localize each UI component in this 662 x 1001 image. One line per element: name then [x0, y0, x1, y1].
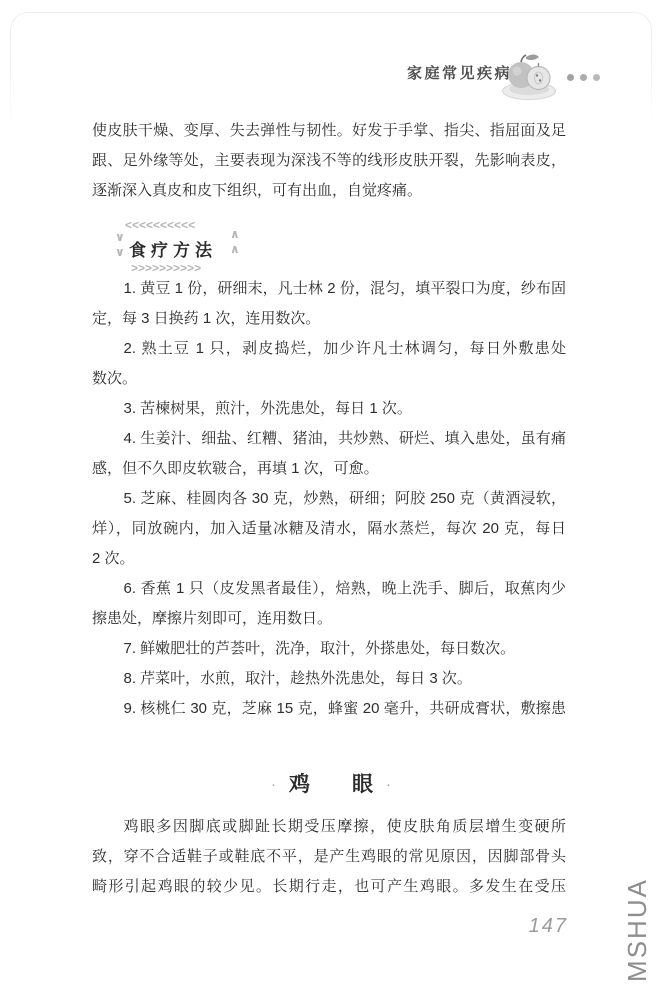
dot-icon	[567, 74, 574, 81]
page-number: 147	[529, 915, 568, 938]
remedy-line: 烊），同放碗内，加入适量冰糖及清水，隔水蒸烂，每次 20 克，每日	[92, 514, 566, 544]
heading-left-dot-icon: ·	[271, 776, 276, 793]
corn-paragraph: 鸡眼多因脚底或脚趾长期受压摩擦，使皮肤角质层增生变硬所 致，穿不合适鞋子或鞋底不…	[92, 812, 566, 902]
section-title: 鸡 眼	[289, 768, 373, 798]
remedy-line: 8. 芹菜叶，水煎，取汁，趁热外洗患处，每日 3 次。	[92, 664, 566, 694]
book-page: 家庭常见疾病 使皮肤干燥、变厚、失去弹性与韧性。好发于手掌、指尖、指屈面及足 跟…	[0, 0, 662, 1001]
remedies-list: 1. 黄豆 1 份，研细末，凡士林 2 份，混匀，填平裂口为度，纱布固 定，每 …	[92, 274, 566, 724]
remedy-line: 擦患处，摩擦片刻即可，连用数日。	[92, 604, 566, 634]
text-line: 鸡眼多因脚底或脚趾长期受压摩擦，使皮肤角质层增生变硬所	[92, 812, 566, 842]
remedy-line: 7. 鲜嫩肥壮的芦荟叶，洗净，取汁，外搽患处，每日数次。	[92, 634, 566, 664]
section-heading-corn: · 鸡 眼 ·	[0, 768, 662, 798]
badge-frame-top: <<<<<<<<<<	[125, 219, 243, 231]
remedy-line: 1. 黄豆 1 份，研细末，凡士林 2 份，混匀，填平裂口为度，纱布固	[92, 274, 566, 304]
text-line: 致，穿不合适鞋子或鞋底不平，是产生鸡眼的常见原因，因脚部骨头	[92, 842, 566, 872]
remedy-line: 数次。	[92, 364, 566, 394]
remedy-line: 定，每 3 日换药 1 次，连用数次。	[92, 304, 566, 334]
apple-plate-photo	[501, 50, 558, 101]
badge-frame-bottom: >>>>>>>>>>	[131, 262, 249, 274]
dot-icon	[580, 74, 587, 81]
remedy-line: 5. 芝麻、桂圆肉各 30 克，炒熟，研细；阿胶 250 克（黄酒浸软，蒸	[92, 484, 566, 514]
badge-frame-left: ∨∨	[115, 230, 126, 260]
text-line: 逐渐深入真皮和皮下组织，可有出血，自觉疼痛。	[92, 176, 566, 206]
remedy-line: 感，但不久即皮软皲合，再填 1 次，可愈。	[92, 454, 566, 484]
remedy-line: 4. 生姜汁、细盐、红糟、猪油，共炒熟、研烂、填入患处，虽有痛	[92, 424, 566, 454]
text-line: 跟、足外缘等处，主要表现为深浅不等的线形皮肤开裂，先影响表皮，	[92, 146, 566, 176]
text-line: 畸形引起鸡眼的较少见。长期行走，也可产生鸡眼。多发生在受压	[92, 872, 566, 902]
diet-therapy-badge: <<<<<<<<<< >>>>>>>>>> ∨∨ ∧∧ 食疗方法	[115, 221, 243, 271]
heading-right-dot-icon: ·	[386, 776, 391, 793]
remedy-line: 2. 熟土豆 1 只，剥皮捣烂，加少许凡士林调匀，每日外敷患处	[92, 334, 566, 364]
remedy-line: 6. 香蕉 1 只（皮发黑者最佳），焙熟，晚上洗手、脚后，取蕉肉少许	[92, 574, 566, 604]
running-header-title: 家庭常见疾病	[407, 62, 512, 83]
dot-icon	[593, 74, 600, 81]
text-line: 使皮肤干燥、变厚、失去弹性与韧性。好发于手掌、指尖、指屈面及足	[92, 116, 566, 146]
remedy-line: 9. 核桃仁 30 克，芝麻 15 克，蜂蜜 20 毫升，共研成膏状，敷擦患处。	[92, 694, 566, 724]
remedy-line: 3. 苦楝树果，煎汁，外洗患处，每日 1 次。	[92, 394, 566, 424]
badge-label: 食疗方法	[129, 236, 237, 261]
ellipsis-dots-icon	[567, 74, 600, 81]
apple-plate-illustration	[501, 50, 558, 101]
remedy-line: 2 次。	[92, 544, 566, 574]
intro-paragraph: 使皮肤干燥、变厚、失去弹性与韧性。好发于手掌、指尖、指屈面及足 跟、足外缘等处，…	[92, 116, 566, 206]
mshua-watermark: MSHUA	[622, 860, 652, 1000]
